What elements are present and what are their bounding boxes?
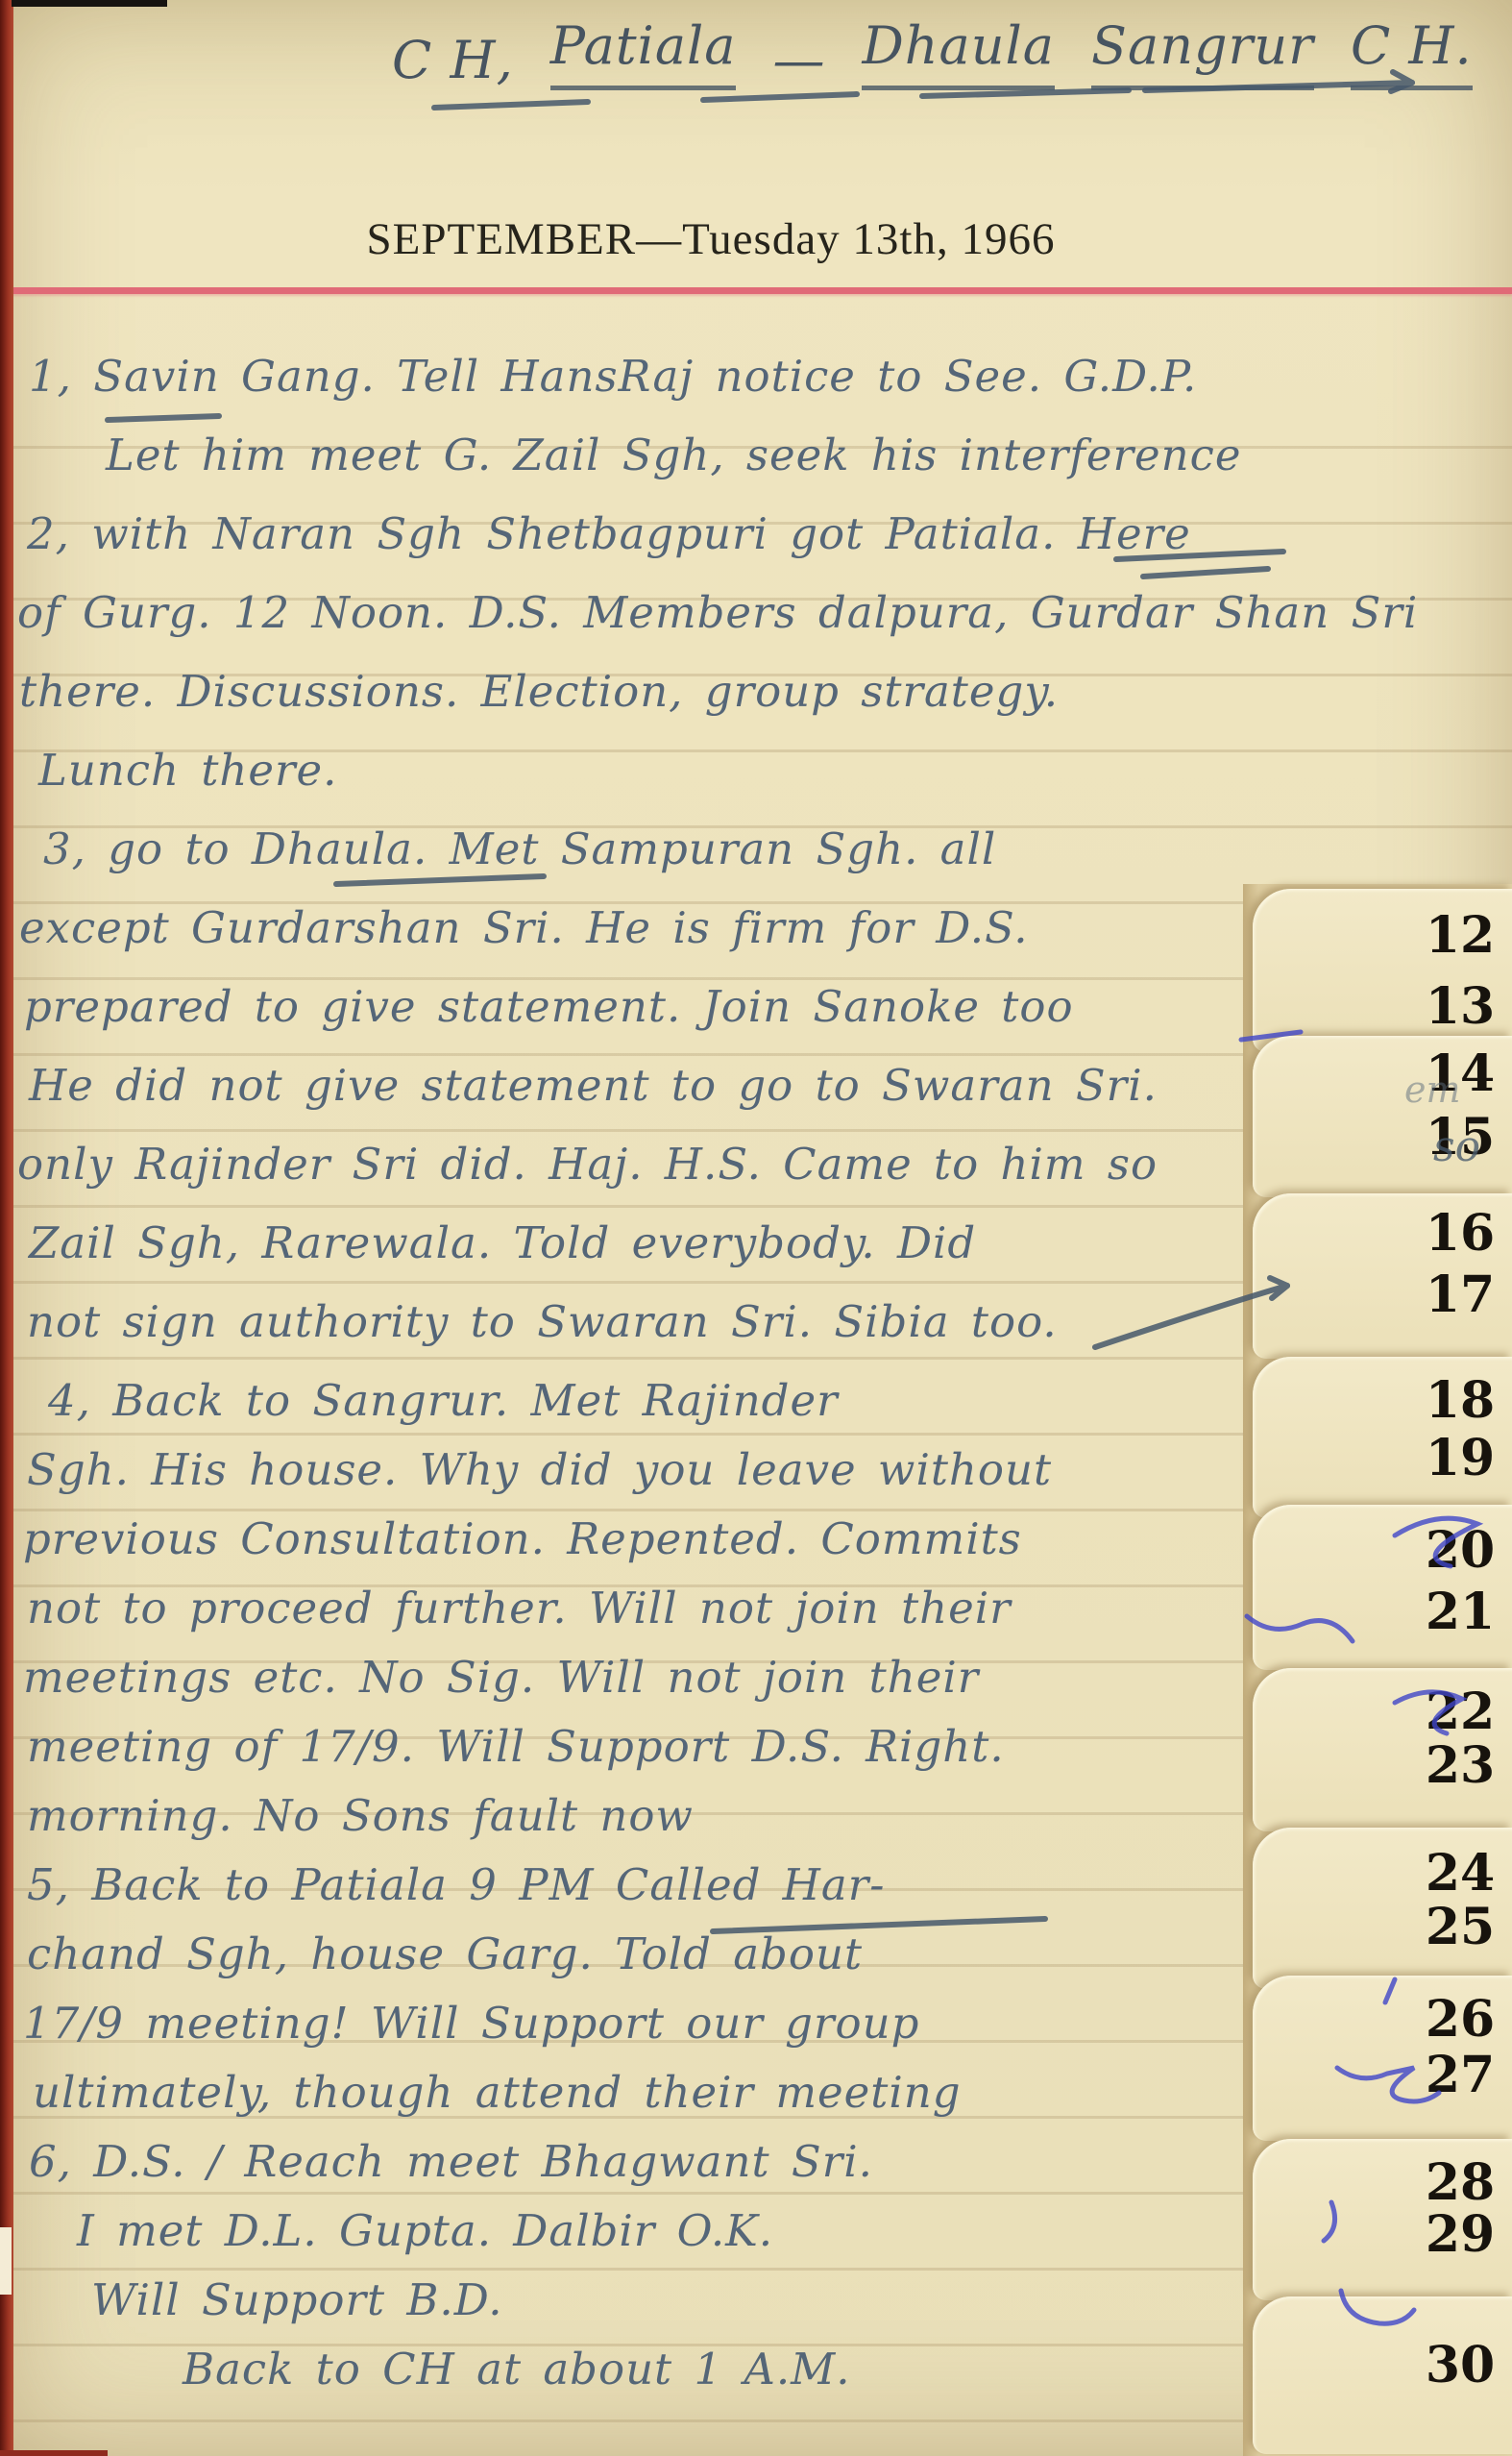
index-tab-number-24: 24 [1404,1849,1512,1899]
diary-line: previous Consultation. Repented. Commits [23,1513,1022,1564]
scan-edge-bottom [0,2450,108,2456]
index-tab-number-23: 23 [1404,1741,1512,1791]
diary-line: 5, Back to Patiala 9 PM Called Har- [27,1859,885,1910]
diary-line: meeting of 17/9. Will Support D.S. Right… [27,1721,1005,1772]
margin-annotation-em: em [1404,1068,1461,1111]
red-rule [0,287,1512,294]
diary-line: there. Discussions. Election, group stra… [19,666,1059,717]
diary-line: Sgh. His house. Why did you leave withou… [27,1444,1052,1495]
route-header-segment: C H, [392,30,514,90]
index-tab-number-29: 29 [1404,2210,1512,2260]
index-tab-number-17: 17 [1404,1270,1512,1320]
route-header-segment: Patiala [550,15,737,90]
diary-line: 6, D.S. / Reach meet Bhagwant Sri. [29,2136,873,2187]
diary-line: 4, Back to Sangrur. Met Rajinder [48,1375,839,1426]
diary-line: 2, with Naran Sgh Shetbagpuri got Patial… [27,508,1191,559]
diary-line: 1, Savin Gang. Tell HansRaj notice to Se… [29,351,1197,402]
printed-date: SEPTEMBER—Tuesday 13th, 1966 [0,213,1422,265]
index-tab-number-22: 22 [1404,1687,1512,1737]
index-tab-number-18: 18 [1404,1376,1512,1426]
thumb-index-strip: 12131415161718192021222324252627282930 [1243,884,1512,2456]
diary-line: prepared to give statement. Join Sanoke … [24,981,1074,1032]
index-tab-number-12: 12 [1404,911,1512,961]
diary-line: I met D.L. Gupta. Dalbir O.K. [77,2205,773,2256]
scan-edge-top [12,0,167,7]
diary-line: morning. No Sons fault now [27,1790,694,1841]
index-tab-number-30: 30 [1404,2341,1512,2391]
index-tab-number-28: 28 [1404,2158,1512,2208]
diary-line: chand Sgh, house Garg. Told about [27,1928,863,1979]
route-header-segment: — [772,30,825,90]
scan-notch [0,2227,12,2295]
diary-line: of Gurg. 12 Noon. D.S. Members dalpura, … [17,587,1418,638]
index-tab-number-25: 25 [1404,1903,1512,1953]
diary-line: Let him meet G. Zail Sgh, seek his inter… [106,430,1241,480]
diary-line: Zail Sgh, Rarewala. Told everybody. Did [29,1217,976,1268]
diary-line: Will Support B.D. [91,2274,503,2325]
diary-line: 3, go to Dhaula. Met Sampuran Sgh. all [43,823,996,874]
diary-page: C H,Patiala—DhaulaSangrurC H. SEPTEMBER—… [0,0,1512,2456]
index-tab-number-13: 13 [1404,982,1512,1032]
route-header-segment: C H. [1351,15,1473,90]
diary-line: meetings etc. No Sig. Will not join thei… [23,1652,979,1703]
index-tab-number-20: 20 [1404,1526,1512,1576]
margin-annotation-so: so [1433,1122,1480,1171]
index-tab-number-19: 19 [1404,1434,1512,1484]
scan-edge-left [0,0,13,2456]
route-header-segment: Sangrur [1091,15,1314,90]
diary-line: not to proceed further. Will not join th… [27,1583,1012,1633]
index-tab-number-21: 21 [1404,1587,1512,1637]
diary-line: 17/9 meeting! Will Support our group [23,1998,919,2049]
diary-line: ultimately, though attend their meeting [33,2067,962,2118]
diary-line: Back to CH at about 1 A.M. [183,2344,851,2395]
route-header-segment: Dhaula [862,15,1055,90]
index-tab-number-26: 26 [1404,1995,1512,2045]
index-tab-number-16: 16 [1404,1209,1512,1259]
diary-line: not sign authority to Swaran Sri. Sibia … [27,1296,1058,1347]
diary-line: except Gurdarshan Sri. He is firm for D.… [19,902,1029,953]
route-header: C H,Patiala—DhaulaSangrurC H. [392,15,1499,90]
index-tab-number-27: 27 [1404,2051,1512,2100]
diary-line: Lunch there. [38,745,337,796]
diary-line: only Rajinder Sri did. Haj. H.S. Came to… [17,1139,1158,1190]
diary-line: He did not give statement to go to Swara… [29,1060,1158,1111]
